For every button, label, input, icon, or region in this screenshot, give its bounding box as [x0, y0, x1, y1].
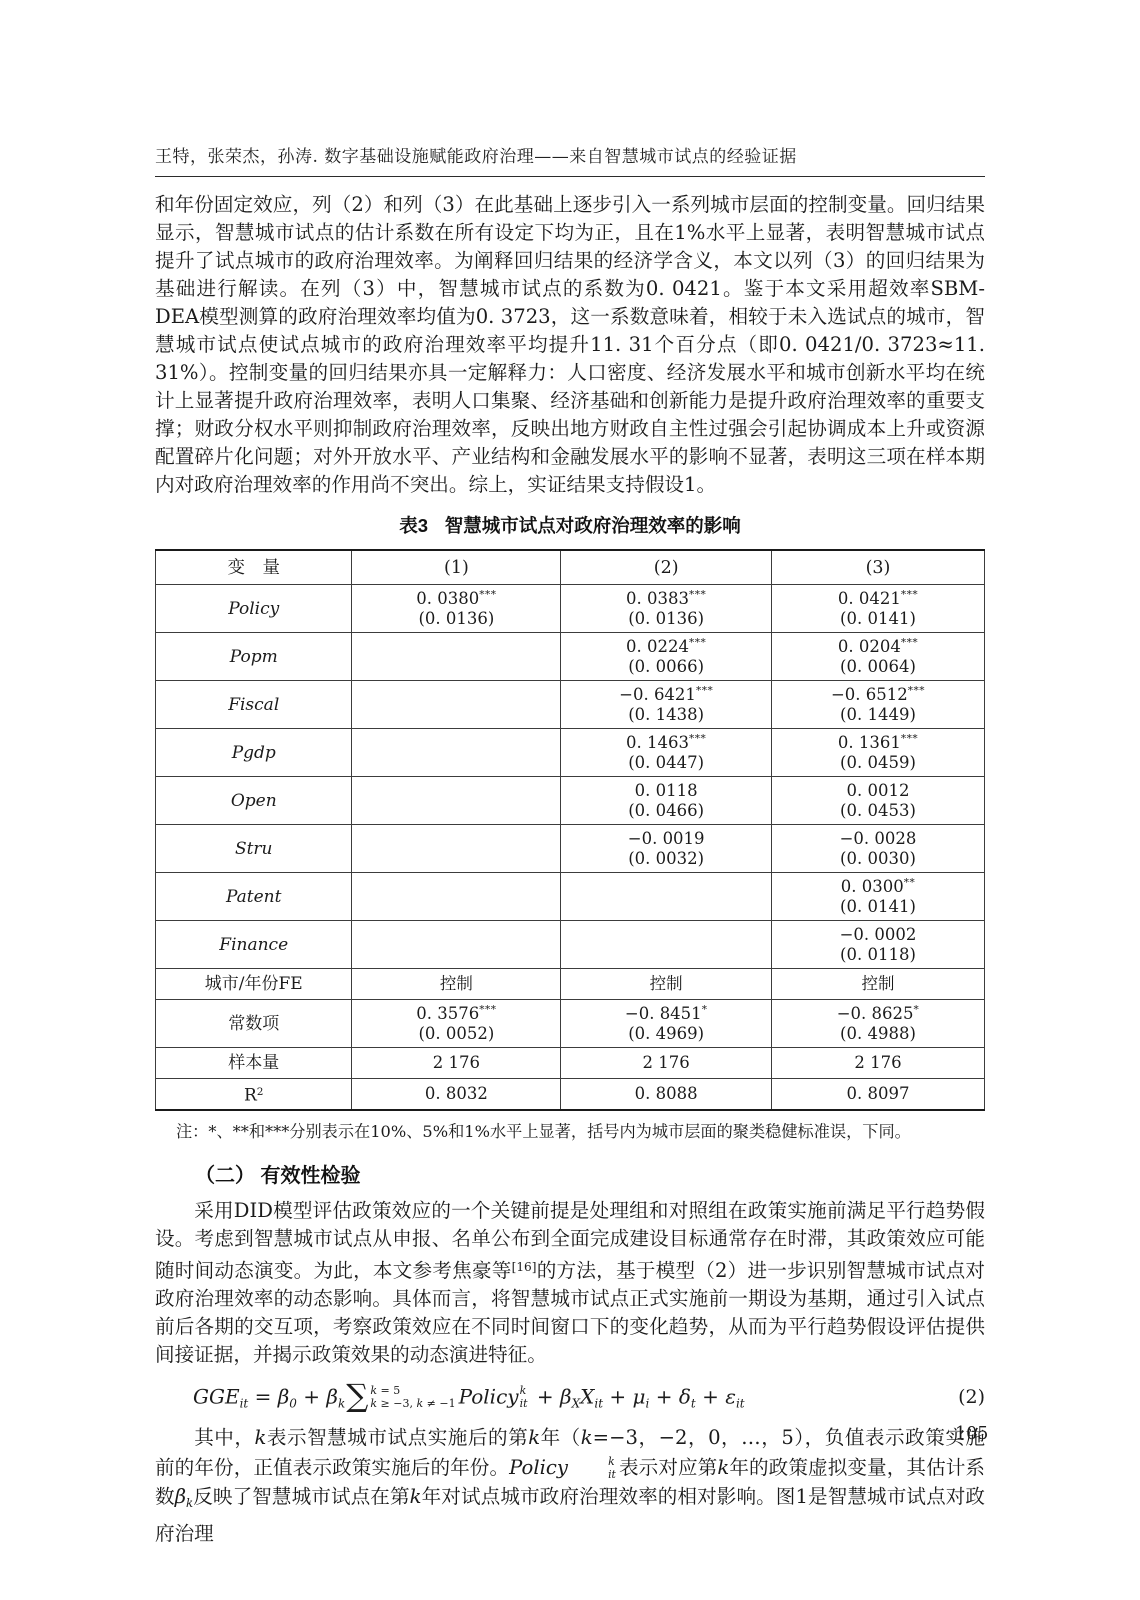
variable-label-cell: Popm — [156, 633, 352, 681]
table-row: 样本量2 1762 1762 176 — [156, 1048, 985, 1079]
value-cell — [561, 921, 772, 969]
table-row: Popm0. 0224***(0. 0066)0. 0204***(0. 006… — [156, 633, 985, 681]
value-cell: 0. 8097 — [771, 1079, 984, 1111]
coefficient-value: 控制 — [356, 974, 556, 994]
significance-stars: *** — [696, 684, 713, 696]
variable-label-cell: Stru — [156, 825, 352, 873]
significance-stars: *** — [901, 636, 918, 648]
coefficient-value: 0. 0300** — [776, 877, 980, 897]
value-cell — [352, 921, 561, 969]
coefficient-value: 0. 0380*** — [356, 589, 556, 609]
significance-stars: *** — [908, 684, 925, 696]
section-heading: （二） 有效性检验 — [155, 1159, 985, 1188]
value-cell — [561, 873, 772, 921]
standard-error: (0. 1449) — [776, 705, 980, 725]
standard-error: (0. 0052) — [356, 1024, 556, 1044]
table-row: R20. 80320. 80880. 8097 — [156, 1079, 985, 1111]
paper-page: 王特，张荣杰，孙涛. 数字基础设施赋能政府治理——来自智慧城市试点的经验证据 和… — [0, 0, 1140, 1600]
coefficient-value: 0. 1463*** — [565, 733, 767, 753]
standard-error: (0. 0447) — [565, 753, 767, 773]
coefficient-value: −0. 0019 — [565, 829, 767, 849]
column-header: (2) — [561, 550, 772, 585]
coefficient-value: 控制 — [565, 974, 767, 994]
coefficient-value: 2 176 — [565, 1053, 767, 1073]
equation-number: (2) — [958, 1386, 985, 1408]
value-cell: 2 176 — [352, 1048, 561, 1079]
column-header: (3) — [771, 550, 984, 585]
variable-label-cell: Open — [156, 777, 352, 825]
paragraph-did-validity: 采用DID模型评估政策效应的一个关键前提是处理组和对照组在政策实施前满足平行趋势… — [155, 1197, 985, 1369]
column-header: (1) — [352, 550, 561, 585]
value-cell — [352, 729, 561, 777]
value-cell: 2 176 — [771, 1048, 984, 1079]
value-cell: 0. 0224***(0. 0066) — [561, 633, 772, 681]
variable-label-cell: 城市/年份FE — [156, 969, 352, 1000]
value-cell: −0. 0002(0. 0118) — [771, 921, 984, 969]
value-cell — [352, 681, 561, 729]
standard-error: (0. 0064) — [776, 657, 980, 677]
value-cell: −0. 6512***(0. 1449) — [771, 681, 984, 729]
standard-error: (0. 4988) — [776, 1024, 980, 1044]
coefficient-value: −0. 8451* — [565, 1004, 767, 1024]
coefficient-value: 0. 0224*** — [565, 637, 767, 657]
significance-stars: * — [914, 1003, 920, 1015]
value-cell: −0. 8451*(0. 4969) — [561, 1000, 772, 1048]
significance-stars: ** — [904, 876, 916, 888]
coefficient-value: 2 176 — [776, 1053, 980, 1073]
significance-stars: *** — [479, 588, 496, 600]
standard-error: (0. 0466) — [565, 801, 767, 821]
standard-error: (0. 0066) — [565, 657, 767, 677]
value-cell — [352, 825, 561, 873]
column-header: 变 量 — [156, 550, 352, 585]
value-cell: 0. 8032 — [352, 1079, 561, 1111]
value-cell: 控制 — [561, 969, 772, 1000]
value-cell: −0. 0019(0. 0032) — [561, 825, 772, 873]
table-row: Pgdp0. 1463***(0. 0447)0. 1361***(0. 045… — [156, 729, 985, 777]
coefficient-value: 0. 1361*** — [776, 733, 980, 753]
table-row: Finance−0. 0002(0. 0118) — [156, 921, 985, 969]
value-cell: −0. 8625*(0. 4988) — [771, 1000, 984, 1048]
significance-stars: *** — [901, 732, 918, 744]
value-cell: 0. 0118(0. 0466) — [561, 777, 772, 825]
value-cell: 0. 0421***(0. 0141) — [771, 585, 984, 633]
standard-error: (0. 0459) — [776, 753, 980, 773]
standard-error: (0. 0141) — [776, 897, 980, 917]
value-cell: 2 176 — [561, 1048, 772, 1079]
variable-label-cell: 常数项 — [156, 1000, 352, 1048]
value-cell: 0. 8088 — [561, 1079, 772, 1111]
significance-stars: *** — [689, 732, 706, 744]
coefficient-value: −0. 0028 — [776, 829, 980, 849]
table-row: 常数项0. 3576***(0. 0052)−0. 8451*(0. 4969)… — [156, 1000, 985, 1048]
coefficient-value: 0. 0383*** — [565, 589, 767, 609]
table-row: Patent0. 0300**(0. 0141) — [156, 873, 985, 921]
standard-error: (0. 4969) — [565, 1024, 767, 1044]
value-cell: 0. 1463***(0. 0447) — [561, 729, 772, 777]
significance-stars: *** — [689, 588, 706, 600]
standard-error: (0. 0030) — [776, 849, 980, 869]
equation-block: GGEit = β0 + βk∑k = 5k ≥ −3, k ≠ −1Polic… — [155, 1376, 985, 1418]
regression-table: 变 量(1)(2)(3) Policy0. 0380***(0. 0136)0.… — [155, 549, 985, 1111]
paragraph-event-study: 其中，k表示智慧城市试点实施后的第k年（k=−3，−2，0，…，5），负值表示政… — [155, 1423, 985, 1548]
significance-stars: * — [702, 1003, 708, 1015]
variable-label-cell: Pgdp — [156, 729, 352, 777]
variable-label-cell: Patent — [156, 873, 352, 921]
page-content: 王特，张荣杰，孙涛. 数字基础设施赋能政府治理——来自智慧城市试点的经验证据 和… — [155, 142, 985, 1548]
page-number: 105 — [955, 1424, 985, 1444]
value-cell: 0. 0204***(0. 0064) — [771, 633, 984, 681]
variable-label-cell: Fiscal — [156, 681, 352, 729]
table-note: 注：*、**和***分别表示在10%、5%和1%水平上显著，括号内为城市层面的聚… — [155, 1121, 985, 1143]
standard-error: (0. 0453) — [776, 801, 980, 821]
coefficient-value: 0. 8097 — [776, 1084, 980, 1104]
coefficient-value: 0. 8032 — [356, 1084, 556, 1104]
regression-table-head: 变 量(1)(2)(3) — [156, 550, 985, 585]
standard-error: (0. 0032) — [565, 849, 767, 869]
significance-stars: *** — [479, 1003, 496, 1015]
value-cell: 0. 0300**(0. 0141) — [771, 873, 984, 921]
variable-label-cell: 样本量 — [156, 1048, 352, 1079]
value-cell — [352, 777, 561, 825]
coefficient-value: 0. 0204*** — [776, 637, 980, 657]
coefficient-value: −0. 8625* — [776, 1004, 980, 1024]
table-row: Stru−0. 0019(0. 0032)−0. 0028(0. 0030) — [156, 825, 985, 873]
value-cell: 控制 — [771, 969, 984, 1000]
value-cell: 0. 1361***(0. 0459) — [771, 729, 984, 777]
standard-error: (0. 1438) — [565, 705, 767, 725]
coefficient-value: −0. 6421*** — [565, 685, 767, 705]
value-cell: −0. 0028(0. 0030) — [771, 825, 984, 873]
regression-table-body: Policy0. 0380***(0. 0136)0. 0383***(0. 0… — [156, 585, 985, 1111]
table-title-text: 智慧城市试点对政府治理效率的影响 — [445, 515, 741, 536]
standard-error: (0. 0136) — [356, 609, 556, 629]
table-row: Policy0. 0380***(0. 0136)0. 0383***(0. 0… — [156, 585, 985, 633]
standard-error: (0. 0136) — [565, 609, 767, 629]
significance-stars: *** — [689, 636, 706, 648]
coefficient-value: 0. 8088 — [565, 1084, 767, 1104]
value-cell: 0. 0380***(0. 0136) — [352, 585, 561, 633]
variable-label-cell: Finance — [156, 921, 352, 969]
value-cell: 0. 0383***(0. 0136) — [561, 585, 772, 633]
paragraph-regression-results: 和年份固定效应，列（2）和列（3）在此基础上逐步引入一系列城市层面的控制变量。回… — [155, 191, 985, 499]
coefficient-value: 2 176 — [356, 1053, 556, 1073]
table-row: 城市/年份FE控制控制控制 — [156, 969, 985, 1000]
table-number: 表3 — [399, 515, 428, 536]
coefficient-value: −0. 6512*** — [776, 685, 980, 705]
coefficient-value: −0. 0002 — [776, 925, 980, 945]
value-cell: 控制 — [352, 969, 561, 1000]
coefficient-value: 0. 0421*** — [776, 589, 980, 609]
standard-error: (0. 0118) — [776, 945, 980, 965]
variable-label-cell: R2 — [156, 1079, 352, 1111]
standard-error: (0. 0141) — [776, 609, 980, 629]
coefficient-value: 0. 0012 — [776, 781, 980, 801]
value-cell — [352, 633, 561, 681]
value-cell: −0. 6421***(0. 1438) — [561, 681, 772, 729]
table-row: Fiscal−0. 6421***(0. 1438)−0. 6512***(0.… — [156, 681, 985, 729]
variable-label-cell: Policy — [156, 585, 352, 633]
equation-content: GGEit = β0 + βk∑k = 5k ≥ −3, k ≠ −1Polic… — [193, 1384, 745, 1412]
coefficient-value: 0. 0118 — [565, 781, 767, 801]
table-title: 表3智慧城市试点对政府治理效率的影响 — [155, 512, 985, 538]
value-cell: 0. 0012(0. 0453) — [771, 777, 984, 825]
significance-stars: *** — [901, 588, 918, 600]
value-cell — [352, 873, 561, 921]
coefficient-value: 0. 3576*** — [356, 1004, 556, 1024]
running-head: 王特，张荣杰，孙涛. 数字基础设施赋能政府治理——来自智慧城市试点的经验证据 — [155, 142, 985, 177]
table-row: Open0. 0118(0. 0466)0. 0012(0. 0453) — [156, 777, 985, 825]
value-cell: 0. 3576***(0. 0052) — [352, 1000, 561, 1048]
coefficient-value: 控制 — [776, 974, 980, 994]
